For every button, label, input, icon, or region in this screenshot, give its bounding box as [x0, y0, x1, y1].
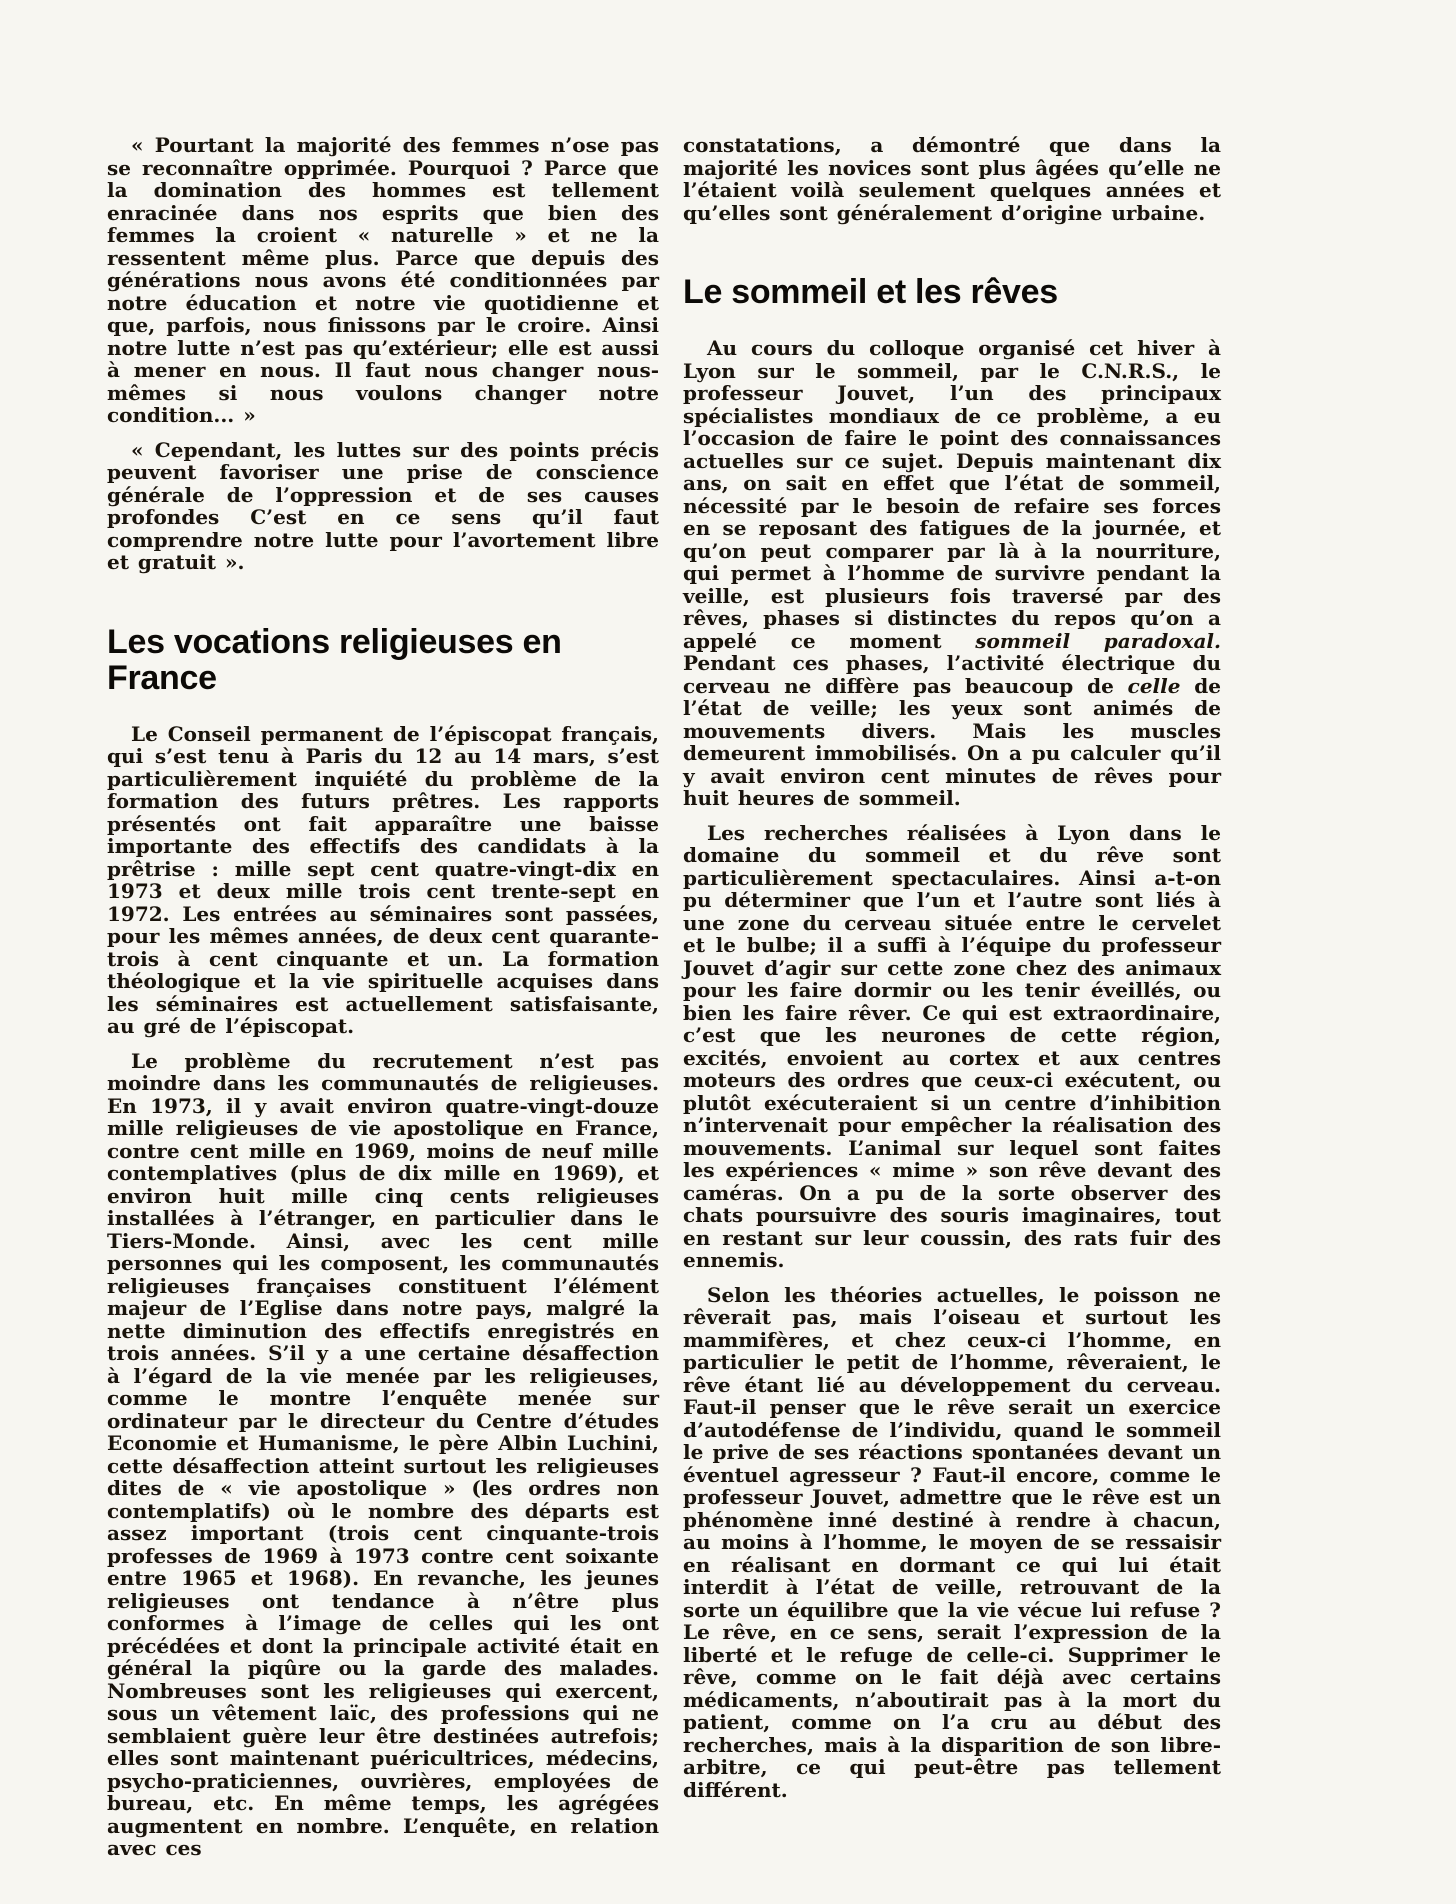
paragraph-recherches-lyon: Les recherches réalisées à Lyon dans le … — [683, 822, 1221, 1272]
text-segment: Au cours du colloque organisé cet hiver … — [683, 336, 1221, 653]
text-segment: Selon les théories actuelles, le poisson… — [683, 1283, 1221, 1802]
text-segment: « Cependant, les luttes sur des points p… — [107, 438, 659, 575]
section-heading-sommeil-reves: Le sommeil et les rêves — [683, 274, 1221, 310]
quote-paragraph-women: « Pourtant la majorité des femmes n’ose … — [107, 134, 659, 427]
paragraph-recrutement-religieuses: Le problème du recrutement n’est pas moi… — [107, 1050, 659, 1860]
text-segment: Le Conseil permanent de l’épiscopat fran… — [107, 722, 659, 1039]
paragraph-theories-reve: Selon les théories actuelles, le poisson… — [683, 1284, 1221, 1802]
italic-segment: celle — [1128, 674, 1181, 698]
magazine-page: « Pourtant la majorité des femmes n’ose … — [0, 0, 1456, 1904]
paragraph-conseil-episcopat: Le Conseil permanent de l’épiscopat fran… — [107, 723, 659, 1038]
scanned-magazine-page: { "page": { "background_color": "#f7f6f1… — [0, 0, 1456, 1904]
text-segment: « Pourtant la majorité des femmes n’ose … — [107, 133, 659, 427]
two-column-layout: « Pourtant la majorité des femmes n’ose … — [0, 0, 1456, 1872]
left-column: « Pourtant la majorité des femmes n’ose … — [107, 134, 659, 1872]
quote-paragraph-struggles: « Cependant, les luttes sur des points p… — [107, 439, 659, 574]
text-segment: Le problème du recrutement n’est pas moi… — [107, 1049, 659, 1861]
paragraph-colloque-lyon: Au cours du colloque organisé cet hiver … — [683, 337, 1221, 810]
right-column: constatations, a démontré que dans la ma… — [683, 134, 1221, 1872]
italic-segment: sommeil paradoxal. — [975, 629, 1221, 653]
section-heading-vocations-religieuses: Les vocations religieuses en France — [107, 624, 659, 696]
paragraph-continuation-novices: constatations, a démontré que dans la ma… — [683, 134, 1221, 224]
text-segment: constatations, a démontré que dans la ma… — [683, 133, 1221, 225]
text-segment: Les recherches réalisées à Lyon dans le … — [683, 821, 1221, 1273]
